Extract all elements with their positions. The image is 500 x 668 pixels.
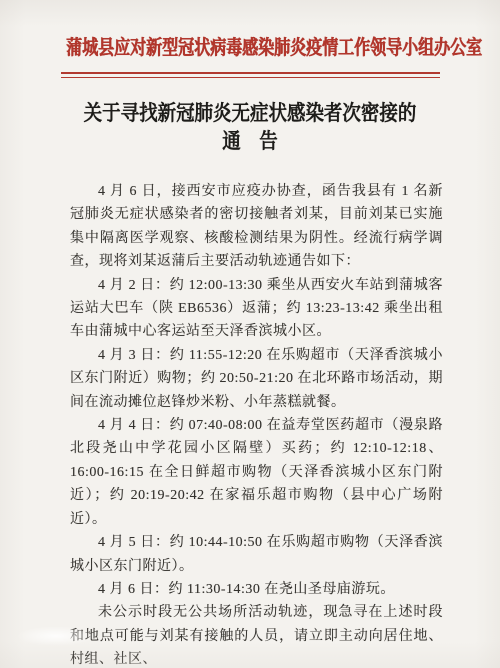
body-paragraph: 4 月 6 日：约 11:30-14:30 在尧山圣母庙游玩。 [70,578,443,601]
notice-title: 关于寻找新冠肺炎无症状感染者次密接的 通 告 [30,99,470,155]
notice-title-line1: 关于寻找新冠肺炎无症状感染者次密接的 [30,99,470,127]
body-paragraph: 4 月 4 日：约 07:40-08:00 在益寿堂医药超市（漫泉路北段尧山中学… [70,414,443,531]
body-paragraph: 未公示时段无公共场所活动轨迹，现急寻在上述时段和地点可能与刘某有接触的人员，请立… [70,601,443,668]
body-paragraph: 4 月 5 日：约 10:44-10:50 在乐购超市购物（天泽香滨城小区东门附… [70,531,443,578]
issuing-org-title: 蒲城县应对新型冠状病毒感染肺炎疫情工作领导小组办公室 [66,36,434,61]
body-paragraph: 4 月 2 日：约 12:00-13:30 乘坐从西安火车站到蒲城客运站大巴车（… [70,274,443,344]
document-page: 蒲城县应对新型冠状病毒感染肺炎疫情工作领导小组办公室 关于寻找新冠肺炎无症状感染… [0,0,500,668]
body-paragraph: 4 月 6 日，接西安市应疫办协查，函告我县有 1 名新冠肺炎无症状感染者的密切… [70,180,443,274]
notice-body: 4 月 6 日，接西安市应疫办协查，函告我县有 1 名新冠肺炎无症状感染者的密切… [70,180,443,668]
notice-title-line2: 通 告 [30,127,470,155]
header-divider-rule [61,72,440,78]
body-paragraph: 4 月 3 日：约 11:55-12:20 在乐购超市（天泽香滨城小区东门附近）… [70,344,443,414]
